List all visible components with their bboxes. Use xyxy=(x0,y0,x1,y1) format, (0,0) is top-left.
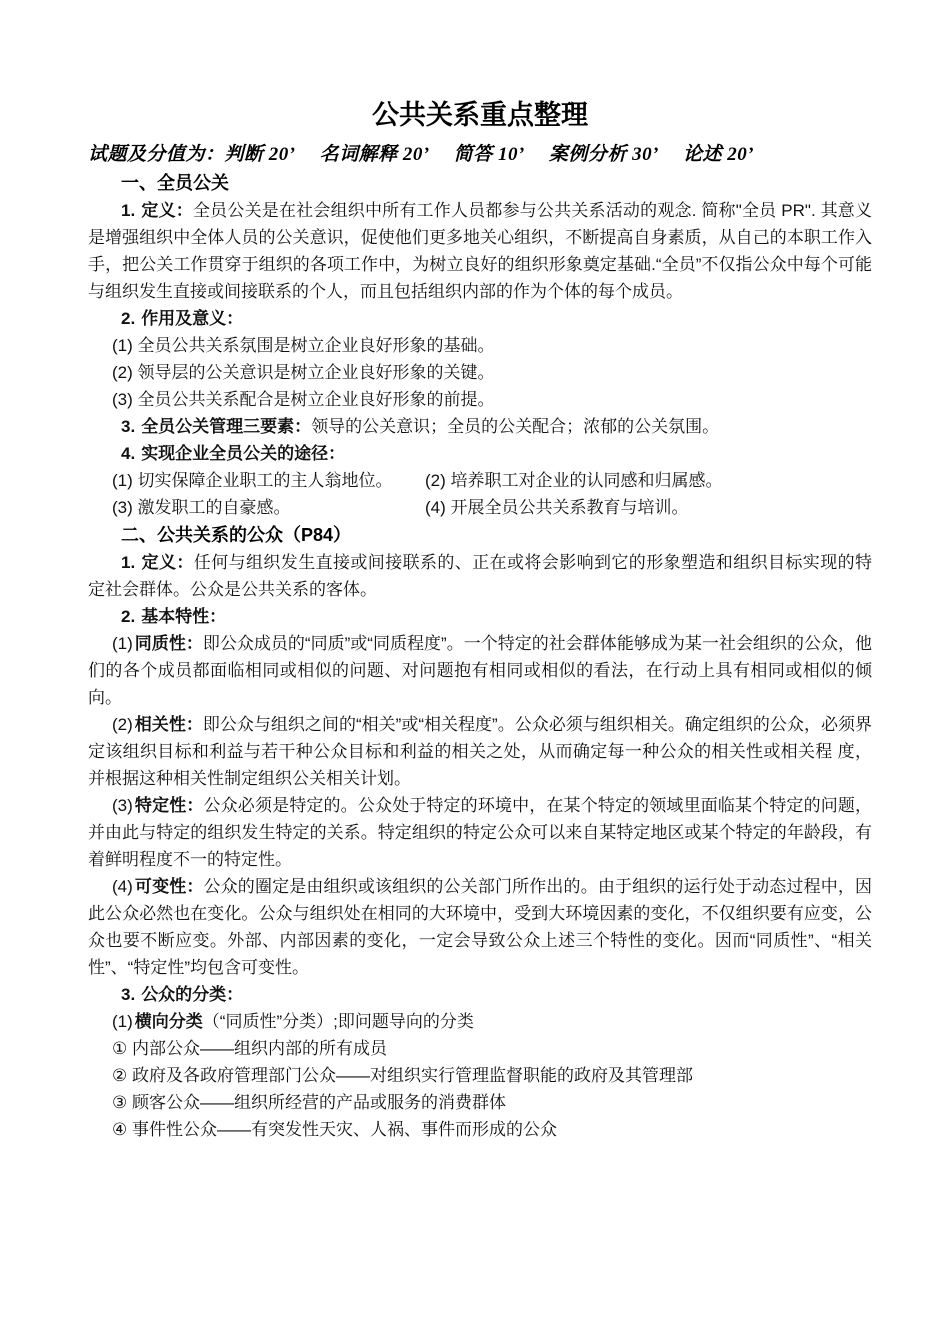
s2-trait-4-text: 公众的圈定是由组织或该组织的公关部门所作出的。由于组织的运行处于动态过程中，因 … xyxy=(88,877,872,977)
s1-three-elements-text: 领导的公关意识；全员的公关配合；浓郁的公关氛围。 xyxy=(311,417,719,436)
s2-horizontal-classification-paragraph: (1)横向分类（“同质性”分类）;即问题导向的分类 xyxy=(88,1008,872,1035)
s2-trait-1-number: (1) xyxy=(112,634,133,653)
s2-definition-number: 1. xyxy=(121,553,135,572)
s1-roles-heading: 2.作用及意义： xyxy=(88,305,872,332)
s2-definition-label: 定义： xyxy=(141,553,194,572)
document-page: 公共关系重点整理 试题及分值为：判断 20’ 名词解释 20’ 简答 10’ 案… xyxy=(0,0,950,1344)
exam-score-line: 试题及分值为：判断 20’ 名词解释 20’ 简答 10’ 案例分析 30’ 论… xyxy=(88,141,872,169)
s1-roles-item-1: (1) 全员公共关系氛围是树立企业良好形象的基础。 xyxy=(88,332,872,359)
s2-trait-specificity-paragraph: (3)特定性：公众必须是特定的。公众处于特定的环境中，在某个特定的领域里面临某个… xyxy=(88,792,872,873)
s2-public-type-government: ② 政府及各政府管理部门公众——对组织实行管理监督职能的政府及其管理部 xyxy=(88,1062,872,1089)
s1-approaches-heading: 4.实现企业全员公关的途径： xyxy=(88,440,872,467)
s1-definition-text: 全员公关是在社会组织中所有工作人员都参与公共关系活动的观念. 简称"全员 PR"… xyxy=(88,201,872,301)
s2-traits-label: 基本特性： xyxy=(141,607,226,626)
s1-definition-label: 定义： xyxy=(141,201,193,220)
s2-trait-homogeneity-paragraph: (1)同质性：即公众成员的“同质”或“同质程度”。一个特定的社会群体能够成为某一… xyxy=(88,630,872,711)
s2-traits-number: 2. xyxy=(121,607,135,626)
s1-definition-number: 1. xyxy=(121,201,135,220)
s2-trait-relevance-paragraph: (2)相关性：即公众与组织之间的“相关”或“相关程度”。公众必须与组织相关。确定… xyxy=(88,711,872,792)
s2-trait-3-label: 特定性： xyxy=(135,796,204,815)
s2-trait-4-number: (4) xyxy=(112,877,133,896)
s1-three-elements-number: 3. xyxy=(121,417,135,436)
section-2-heading: 二、公共关系的公众（P84） xyxy=(88,521,872,549)
s1-approach-item-4: (4) 开展全员公共关系教育与培训。 xyxy=(425,494,872,521)
s2-public-type-customer: ③ 顾客公众——组织所经营的产品或服务的消费群体 xyxy=(88,1089,872,1116)
s2-definition-text: 任何与组织发生直接或间接联系的、正在或将会影响到它的形象塑造和组织目标实现的特定… xyxy=(88,553,872,599)
document-title: 公共关系重点整理 xyxy=(88,97,872,133)
s1-definition-paragraph: 1.定义：全员公关是在社会组织中所有工作人员都参与公共关系活动的观念. 简称"全… xyxy=(88,197,872,305)
s1-approach-item-2: (2) 培养职工对企业的认同感和归属感。 xyxy=(425,467,872,494)
s1-roles-number: 2. xyxy=(121,309,135,328)
s2-horizontal-text: （“同质性”分类）;即问题导向的分类 xyxy=(203,1012,474,1031)
s1-approaches-number: 4. xyxy=(121,444,135,463)
s2-trait-2-number: (2) xyxy=(112,715,133,734)
s2-trait-4-label: 可变性： xyxy=(135,877,204,896)
s1-approaches-label: 实现企业全员公关的途径： xyxy=(141,444,345,463)
s2-definition-paragraph: 1.定义：任何与组织发生直接或间接联系的、正在或将会影响到它的形象塑造和组织目标… xyxy=(88,549,872,603)
s2-classification-number: 3. xyxy=(121,985,135,1004)
s1-approach-item-3: (3) 激发职工的自豪感。 xyxy=(88,494,425,521)
s2-trait-2-label: 相关性： xyxy=(135,715,203,734)
s1-three-elements-paragraph: 3.全员公关管理三要素：领导的公关意识；全员的公关配合；浓郁的公关氛围。 xyxy=(88,413,872,440)
s1-approach-item-1: (1) 切实保障企业职工的主人翁地位。 xyxy=(88,467,425,494)
s2-trait-2-text: 即公众与组织之间的“相关”或“相关程度”。公众必须与组织相关。确定组织的公众，必… xyxy=(88,715,872,788)
s1-roles-item-2: (2) 领导层的公关意识是树立企业良好形象的关键。 xyxy=(88,359,872,386)
s2-traits-heading: 2.基本特性： xyxy=(88,603,872,630)
s2-trait-1-text: 即公众成员的“同质”或“同质程度”。一个特定的社会群体能够成为某一社会组织的公众… xyxy=(88,634,872,707)
s2-trait-1-label: 同质性： xyxy=(135,634,203,653)
s1-approaches-row-1: (1) 切实保障企业职工的主人翁地位。 (2) 培养职工对企业的认同感和归属感。 xyxy=(88,467,872,494)
s2-public-type-event: ④ 事件性公众——有突发性天灾、人祸、事件而形成的公众 xyxy=(88,1116,872,1143)
s2-trait-3-text: 公众必须是特定的。公众处于特定的环境中，在某个特定的领域里面临某个特定的问题，并… xyxy=(88,796,872,869)
s2-horizontal-number: (1) xyxy=(112,1012,133,1031)
s2-classification-label: 公众的分类： xyxy=(141,985,243,1004)
s1-three-elements-label: 全员公关管理三要素： xyxy=(141,417,311,436)
s2-public-type-internal: ① 内部公众——组织内部的所有成员 xyxy=(88,1035,872,1062)
s2-horizontal-label: 横向分类 xyxy=(135,1012,203,1031)
s2-trait-variability-paragraph: (4)可变性：公众的圈定是由组织或该组织的公关部门所作出的。由于组织的运行处于动… xyxy=(88,873,872,981)
s2-classification-heading: 3.公众的分类： xyxy=(88,981,872,1008)
s2-trait-3-number: (3) xyxy=(112,796,133,815)
s1-approaches-row-2: (3) 激发职工的自豪感。 (4) 开展全员公共关系教育与培训。 xyxy=(88,494,872,521)
s1-roles-item-3: (3) 全员公共关系配合是树立企业良好形象的前提。 xyxy=(88,386,872,413)
s1-roles-label: 作用及意义： xyxy=(141,309,243,328)
section-1-heading: 一、全员公关 xyxy=(88,169,872,197)
